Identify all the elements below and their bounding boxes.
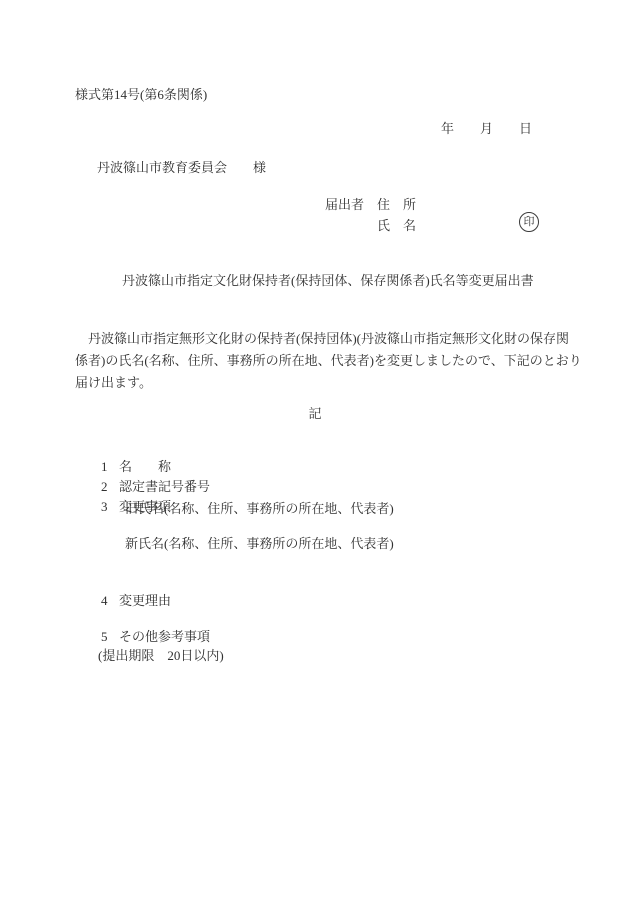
form-number: 様式第14号(第6条関係) bbox=[75, 87, 207, 103]
record-marker: 記 bbox=[0, 406, 630, 422]
old-name-line: 旧氏名(名称、住所、事務所の所在地、代表者) bbox=[125, 501, 394, 517]
seal-character: 印 bbox=[524, 217, 535, 228]
body-paragraph-line-3: 届け出ます。 bbox=[75, 375, 152, 391]
new-name-line: 新氏名(名称、住所、事務所の所在地、代表者) bbox=[125, 536, 394, 552]
document-page: 様式第14号(第6条関係) 年 月 日 丹波篠山市教育委員会 様 届出者 住 所… bbox=[0, 0, 630, 915]
list-item-label: その他参考事項 bbox=[119, 629, 210, 644]
date-line: 年 月 日 bbox=[441, 121, 532, 137]
list-item-label: 変更理由 bbox=[119, 593, 171, 608]
document-title: 丹波篠山市指定文化財保持者(保持団体、保存関係者)氏名等変更届出書 bbox=[122, 273, 534, 289]
addressee-line: 丹波篠山市教育委員会 様 bbox=[97, 160, 266, 176]
notifier-address-line: 届出者 住 所 bbox=[325, 197, 416, 213]
deadline-note: (提出期限 20日以内) bbox=[98, 648, 224, 664]
list-item-number: 4 bbox=[101, 593, 119, 609]
seal-icon: 印 bbox=[519, 212, 539, 232]
notifier-name-line: 氏 名 bbox=[377, 218, 416, 234]
list-item-number: 3 bbox=[101, 499, 119, 515]
list-item-number: 5 bbox=[101, 629, 119, 645]
body-paragraph-line-2: 係者)の氏名(名称、住所、事務所の所在地、代表者)を変更しましたので、下記のとお… bbox=[75, 353, 582, 369]
body-paragraph-line-1: 丹波篠山市指定無形文化財の保持者(保持団体)(丹波篠山市指定無形文化財の保存関 bbox=[75, 331, 569, 347]
